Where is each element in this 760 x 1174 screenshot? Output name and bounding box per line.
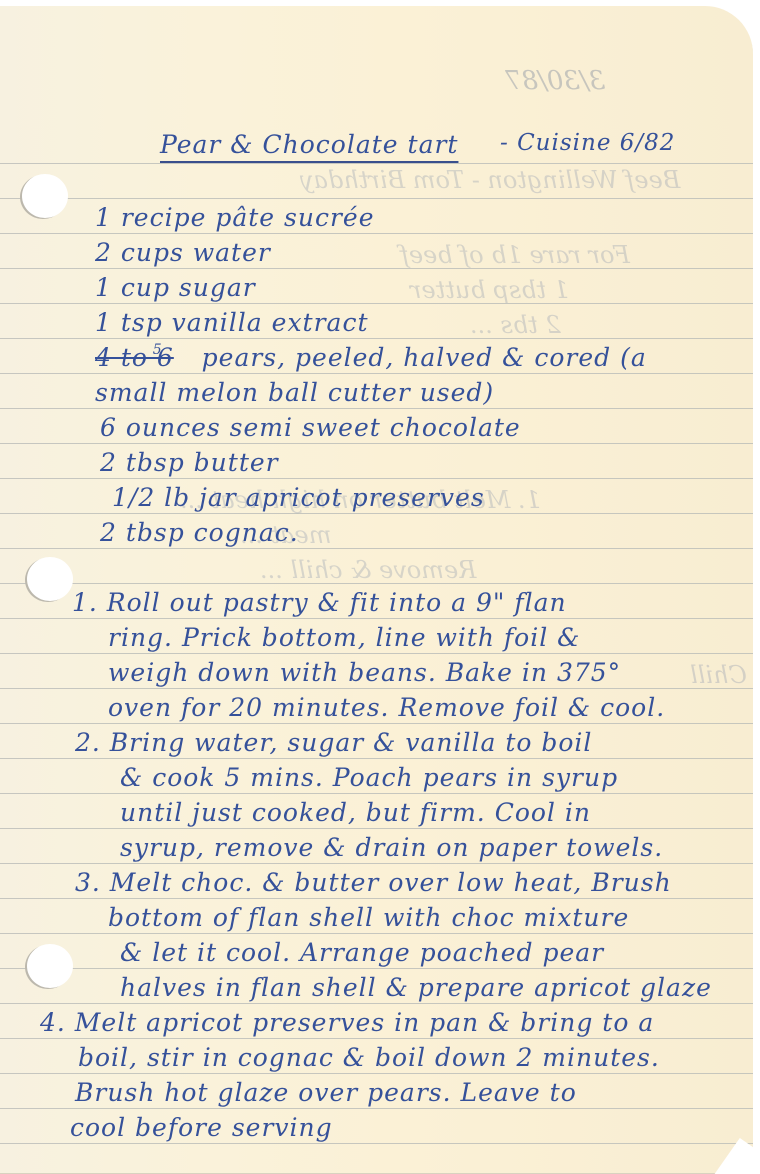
step-line: cool before serving	[70, 1113, 333, 1142]
ingredient-text: pears, peeled, halved & cored (a	[202, 343, 647, 372]
step-line: & cook 5 mins. Poach pears in syrup	[120, 763, 618, 792]
ruled-line	[0, 793, 753, 794]
notebook-page: 3/30/87 Beef Wellington - Tom Birthday F…	[0, 6, 753, 1174]
step-line: syrup, remove & drain on paper towels.	[120, 833, 663, 862]
ruled-line	[0, 548, 753, 549]
ruled-line	[0, 898, 753, 899]
ruled-line	[0, 443, 753, 444]
ruled-line	[0, 408, 753, 409]
ruled-line	[0, 303, 753, 304]
ingredient: 4 to 6 5 pears, peeled, halved & cored (…	[95, 343, 647, 372]
ruled-line	[0, 198, 753, 199]
bleed-through-line: Beef Wellington - Tom Birthday	[300, 166, 680, 194]
ruled-line	[0, 863, 753, 864]
punch-hole-top	[22, 174, 68, 218]
ruled-line	[0, 1003, 753, 1004]
ruled-line	[0, 1073, 753, 1074]
ruled-line	[0, 933, 753, 934]
step-line: 4. Melt apricot preserves in pan & bring…	[40, 1008, 654, 1037]
bleed-through-line: Chill	[690, 661, 747, 689]
step-line: Brush hot glaze over pears. Leave to	[75, 1078, 577, 1107]
step-line: oven for 20 minutes. Remove foil & cool.	[108, 693, 665, 722]
ingredient: 2 tbsp butter	[100, 448, 279, 477]
corrected-quantity: 5	[153, 342, 163, 358]
ruled-line	[0, 968, 753, 969]
ruled-line	[0, 1143, 753, 1144]
step-line: halves in flan shell & prepare apricot g…	[120, 973, 712, 1002]
recipe-source: - Cuisine 6/82	[500, 130, 675, 156]
ingredient: 1/2 lb jar apricot preserves	[112, 483, 485, 512]
ingredient: 1 cup sugar	[95, 273, 256, 302]
ruled-line	[0, 373, 753, 374]
recipe-title: Pear & Chocolate tart	[160, 130, 458, 159]
ingredient: small melon ball cutter used)	[95, 378, 494, 407]
step-line: until just cooked, but firm. Cool in	[120, 798, 591, 827]
ruled-line	[0, 723, 753, 724]
step-line: weigh down with beans. Bake in 375°	[108, 658, 621, 687]
ingredient: 2 cups water	[95, 238, 271, 267]
bleed-through-line: For rare 1b of beef	[400, 241, 630, 269]
ruled-line	[0, 233, 753, 234]
ruled-line	[0, 268, 753, 269]
ingredient: 1 tsp vanilla extract	[95, 308, 369, 337]
ruled-line	[0, 1038, 753, 1039]
step-line: ring. Prick bottom, line with foil &	[108, 623, 580, 652]
ruled-line	[0, 653, 753, 654]
step-line: 2. Bring water, sugar & vanilla to boil	[75, 728, 592, 757]
ruled-line	[0, 478, 753, 479]
reverse-date: 3/30/87	[505, 66, 605, 96]
punch-hole-middle	[27, 557, 73, 601]
step-line: 1. Roll out pastry & fit into a 9" flan	[72, 588, 567, 617]
step-line: bottom of flan shell with choc mixture	[108, 903, 629, 932]
ingredient: 1 recipe pâte sucrée	[95, 203, 375, 232]
bleed-through-line: 1 tbsp butter	[410, 276, 569, 304]
ingredient: 6 ounces semi sweet chocolate	[100, 413, 521, 442]
ruled-line	[0, 828, 753, 829]
ruled-line	[0, 758, 753, 759]
step-line: boil, stir in cognac & boil down 2 minut…	[78, 1043, 660, 1072]
ingredient: 2 tbsp cognac.	[100, 518, 299, 547]
ruled-line	[0, 163, 753, 164]
step-line: 3. Melt choc. & butter over low heat, Br…	[75, 868, 672, 897]
ruled-line	[0, 1108, 753, 1109]
step-line: & let it cool. Arrange poached pear	[120, 938, 604, 967]
ruled-line	[0, 688, 753, 689]
punch-hole-bottom	[27, 944, 73, 988]
ruled-line	[0, 618, 753, 619]
bleed-through-line: 2 tbs ...	[470, 311, 561, 339]
ruled-line	[0, 338, 753, 339]
bleed-through-line: Remove & chill ...	[260, 556, 476, 584]
